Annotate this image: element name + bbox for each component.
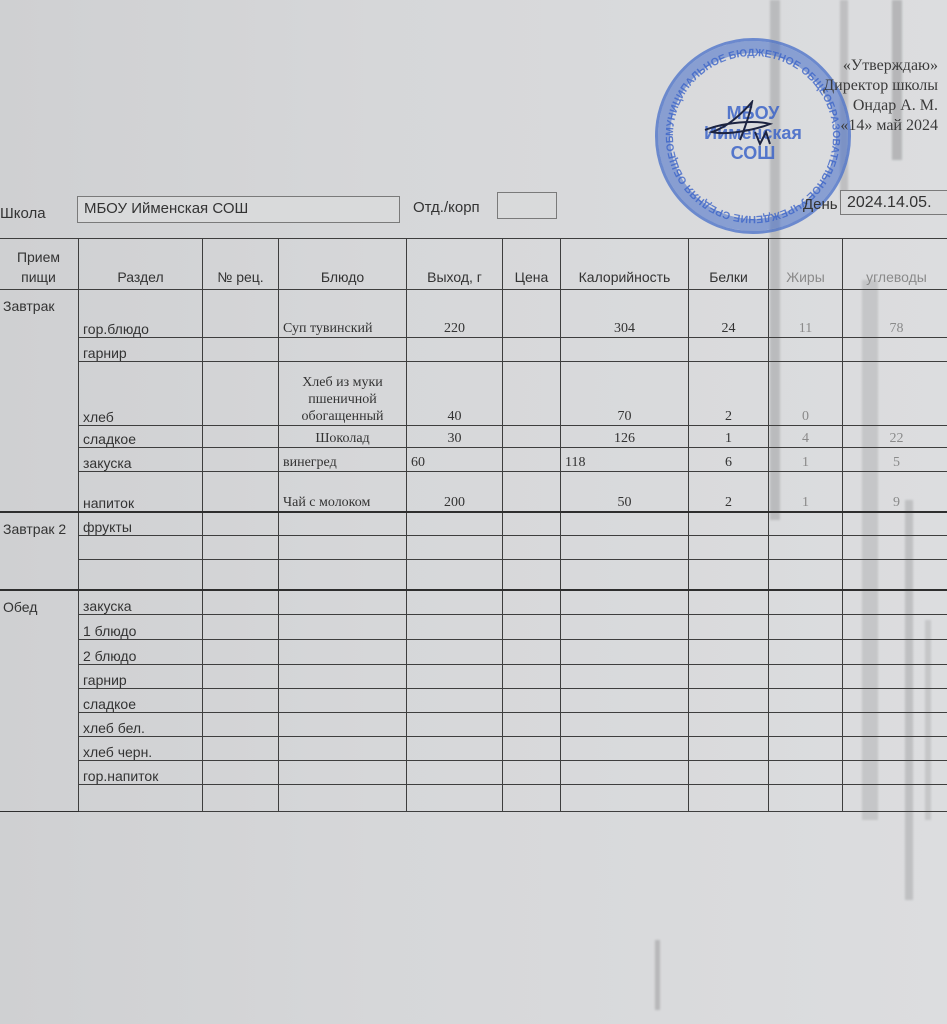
menu-table: Приемпищи Раздел № рец. Блюдо Выход, г Ц…	[0, 238, 947, 812]
fat-cell	[769, 615, 843, 640]
fat-cell	[769, 536, 843, 560]
carbs-cell: 22	[843, 426, 947, 448]
calories-cell	[561, 665, 689, 689]
meal-cell: Завтрак 2	[0, 512, 79, 590]
protein-cell	[689, 338, 769, 362]
dish-cell	[279, 338, 407, 362]
section-cell: гор.блюдо	[79, 290, 203, 338]
carbs-cell	[843, 512, 947, 536]
section-cell: сладкое	[79, 689, 203, 713]
recipe-cell	[203, 615, 279, 640]
recipe-cell	[203, 426, 279, 448]
protein-cell: 6	[689, 448, 769, 472]
dish-cell: Шоколад	[279, 426, 407, 448]
protein-cell	[689, 590, 769, 615]
dish-cell	[279, 536, 407, 560]
price-cell	[503, 665, 561, 689]
yield-cell: 220	[407, 290, 503, 338]
calories-cell	[561, 761, 689, 785]
carbs-cell: 9	[843, 472, 947, 512]
calories-cell	[561, 512, 689, 536]
col-section: Раздел	[79, 239, 203, 290]
meal-cell: Обед	[0, 590, 79, 812]
carbs-cell	[843, 640, 947, 665]
table-header-row: Приемпищи Раздел № рец. Блюдо Выход, г Ц…	[0, 239, 947, 290]
carbs-cell	[843, 785, 947, 812]
fat-cell: 0	[769, 362, 843, 426]
printer-streak	[655, 940, 660, 1010]
price-cell	[503, 512, 561, 536]
protein-cell: 1	[689, 426, 769, 448]
day-label: День	[803, 196, 838, 213]
section-cell: гарнир	[79, 665, 203, 689]
price-cell	[503, 536, 561, 560]
school-label: Школа	[0, 205, 46, 222]
col-protein: Белки	[689, 239, 769, 290]
fat-cell	[769, 640, 843, 665]
calories-cell	[561, 689, 689, 713]
recipe-cell	[203, 338, 279, 362]
section-cell: фрукты	[79, 512, 203, 536]
carbs-cell	[843, 737, 947, 761]
fat-cell	[769, 689, 843, 713]
recipe-cell	[203, 590, 279, 615]
price-cell	[503, 472, 561, 512]
price-cell	[503, 737, 561, 761]
fat-cell	[769, 665, 843, 689]
protein-cell	[689, 785, 769, 812]
price-cell	[503, 560, 561, 590]
fat-cell	[769, 737, 843, 761]
recipe-cell	[203, 448, 279, 472]
price-cell	[503, 761, 561, 785]
fat-cell: 11	[769, 290, 843, 338]
section-cell: 2 блюдо	[79, 640, 203, 665]
carbs-cell	[843, 536, 947, 560]
price-cell	[503, 689, 561, 713]
recipe-cell	[203, 761, 279, 785]
calories-cell	[561, 560, 689, 590]
yield-cell	[407, 338, 503, 362]
price-cell	[503, 290, 561, 338]
section-cell	[79, 536, 203, 560]
carbs-cell	[843, 665, 947, 689]
protein-cell: 2	[689, 472, 769, 512]
calories-cell	[561, 640, 689, 665]
dept-label: Отд./корп	[413, 199, 480, 216]
protein-cell	[689, 536, 769, 560]
fat-cell	[769, 590, 843, 615]
section-cell: закуска	[79, 448, 203, 472]
fat-cell: 1	[769, 448, 843, 472]
section-cell: хлеб бел.	[79, 713, 203, 737]
recipe-cell	[203, 713, 279, 737]
dept-field[interactable]	[497, 192, 557, 219]
table-row: 1 блюдо	[0, 615, 947, 640]
table-row: гарнир	[0, 665, 947, 689]
carbs-cell	[843, 338, 947, 362]
fat-cell	[769, 512, 843, 536]
dish-cell	[279, 689, 407, 713]
school-field[interactable]: МБОУ Ийменская СОШ	[77, 196, 400, 223]
table-row: закускавинегред60118615	[0, 448, 947, 472]
carbs-cell	[843, 590, 947, 615]
protein-cell: 2	[689, 362, 769, 426]
yield-cell	[407, 536, 503, 560]
calories-cell	[561, 737, 689, 761]
carbs-cell: 5	[843, 448, 947, 472]
price-cell	[503, 448, 561, 472]
yield-cell	[407, 512, 503, 536]
protein-cell	[689, 665, 769, 689]
yield-cell	[407, 665, 503, 689]
yield-cell	[407, 590, 503, 615]
dish-cell	[279, 713, 407, 737]
col-dish: Блюдо	[279, 239, 407, 290]
section-cell: сладкое	[79, 426, 203, 448]
dish-cell	[279, 590, 407, 615]
price-cell	[503, 426, 561, 448]
col-price: Цена	[503, 239, 561, 290]
table-row: 2 блюдо	[0, 640, 947, 665]
calories-cell: 70	[561, 362, 689, 426]
table-row	[0, 785, 947, 812]
protein-cell	[689, 761, 769, 785]
recipe-cell	[203, 512, 279, 536]
calories-cell: 126	[561, 426, 689, 448]
calories-cell	[561, 536, 689, 560]
dish-cell: Суп тувинский	[279, 290, 407, 338]
yield-cell	[407, 640, 503, 665]
calories-cell	[561, 590, 689, 615]
carbs-cell	[843, 362, 947, 426]
price-cell	[503, 338, 561, 362]
recipe-cell	[203, 785, 279, 812]
calories-cell	[561, 713, 689, 737]
dish-cell: Хлеб из муки пшеничной обогащенный	[279, 362, 407, 426]
table-row: Обедзакуска	[0, 590, 947, 615]
price-cell	[503, 362, 561, 426]
carbs-cell	[843, 761, 947, 785]
price-cell	[503, 590, 561, 615]
dish-cell	[279, 785, 407, 812]
col-calories: Калорийность	[561, 239, 689, 290]
price-cell	[503, 640, 561, 665]
dish-cell: Чай с молоком	[279, 472, 407, 512]
table-row: гарнир	[0, 338, 947, 362]
col-recipe: № рец.	[203, 239, 279, 290]
yield-cell	[407, 615, 503, 640]
dish-cell	[279, 615, 407, 640]
yield-cell: 60	[407, 448, 503, 472]
signature-icon	[700, 100, 800, 150]
recipe-cell	[203, 290, 279, 338]
table-row: хлеб черн.	[0, 737, 947, 761]
yield-cell	[407, 689, 503, 713]
dish-cell	[279, 560, 407, 590]
table-row	[0, 560, 947, 590]
protein-cell	[689, 713, 769, 737]
recipe-cell	[203, 689, 279, 713]
price-cell	[503, 785, 561, 812]
dish-cell	[279, 737, 407, 761]
protein-cell	[689, 689, 769, 713]
protein-cell: 24	[689, 290, 769, 338]
recipe-cell	[203, 536, 279, 560]
recipe-cell	[203, 640, 279, 665]
dish-cell	[279, 761, 407, 785]
carbs-cell	[843, 615, 947, 640]
protein-cell	[689, 737, 769, 761]
table-row	[0, 536, 947, 560]
fat-cell: 4	[769, 426, 843, 448]
section-cell: 1 блюдо	[79, 615, 203, 640]
day-field[interactable]: 2024.14.05.	[840, 190, 947, 215]
table-row: напитокЧай с молоком20050219	[0, 472, 947, 512]
dish-cell	[279, 665, 407, 689]
section-cell: закуска	[79, 590, 203, 615]
yield-cell	[407, 761, 503, 785]
carbs-cell	[843, 689, 947, 713]
fat-cell	[769, 785, 843, 812]
yield-cell: 40	[407, 362, 503, 426]
section-cell: хлеб	[79, 362, 203, 426]
yield-cell: 30	[407, 426, 503, 448]
yield-cell	[407, 713, 503, 737]
protein-cell	[689, 512, 769, 536]
protein-cell	[689, 640, 769, 665]
recipe-cell	[203, 560, 279, 590]
calories-cell: 50	[561, 472, 689, 512]
approval-position: Директор школы	[748, 76, 938, 96]
yield-cell	[407, 785, 503, 812]
col-meal: Приемпищи	[0, 239, 79, 290]
recipe-cell	[203, 472, 279, 512]
section-cell: хлеб черн.	[79, 737, 203, 761]
table-row: хлеб бел.	[0, 713, 947, 737]
calories-cell	[561, 785, 689, 812]
fat-cell	[769, 338, 843, 362]
recipe-cell	[203, 362, 279, 426]
yield-cell: 200	[407, 472, 503, 512]
col-carbs: углеводы	[843, 239, 947, 290]
section-cell	[79, 560, 203, 590]
calories-cell	[561, 338, 689, 362]
fat-cell	[769, 761, 843, 785]
table-row: гор.напиток	[0, 761, 947, 785]
protein-cell	[689, 560, 769, 590]
table-row: Завтракгор.блюдоСуп тувинский22030424117…	[0, 290, 947, 338]
col-fat: Жиры	[769, 239, 843, 290]
section-cell	[79, 785, 203, 812]
approval-title: «Утверждаю»	[748, 56, 938, 76]
meal-cell: Завтрак	[0, 290, 79, 512]
table-row: сладкоеШоколад301261422	[0, 426, 947, 448]
calories-cell	[561, 615, 689, 640]
col-yield: Выход, г	[407, 239, 503, 290]
table-row: Завтрак 2фрукты	[0, 512, 947, 536]
protein-cell	[689, 615, 769, 640]
calories-cell: 118	[561, 448, 689, 472]
recipe-cell	[203, 737, 279, 761]
dish-cell	[279, 640, 407, 665]
fat-cell: 1	[769, 472, 843, 512]
section-cell: напиток	[79, 472, 203, 512]
carbs-cell	[843, 560, 947, 590]
price-cell	[503, 713, 561, 737]
table-row: хлебХлеб из муки пшеничной обогащенный40…	[0, 362, 947, 426]
carbs-cell	[843, 713, 947, 737]
dish-cell	[279, 512, 407, 536]
section-cell: гарнир	[79, 338, 203, 362]
section-cell: гор.напиток	[79, 761, 203, 785]
fat-cell	[769, 560, 843, 590]
fat-cell	[769, 713, 843, 737]
yield-cell	[407, 737, 503, 761]
recipe-cell	[203, 665, 279, 689]
price-cell	[503, 615, 561, 640]
yield-cell	[407, 560, 503, 590]
table-row: сладкое	[0, 689, 947, 713]
carbs-cell: 78	[843, 290, 947, 338]
calories-cell: 304	[561, 290, 689, 338]
dish-cell: винегред	[279, 448, 407, 472]
